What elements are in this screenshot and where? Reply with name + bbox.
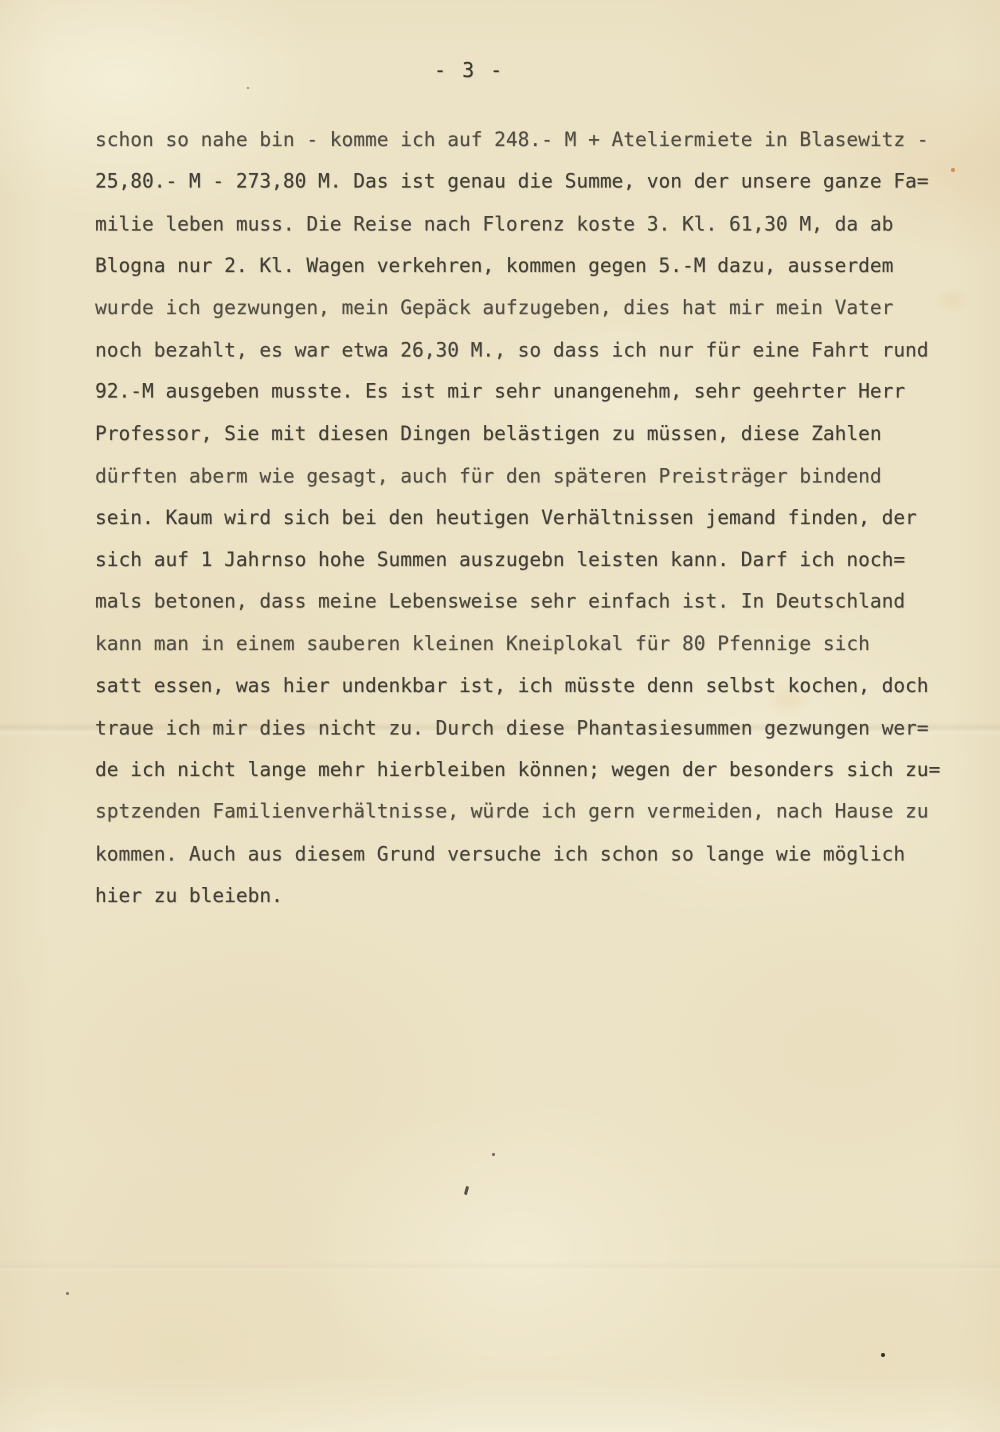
letter-line: Blogna nur 2. Kl. Wagen verkehren, komme… [95,245,955,287]
letter-line: sptzenden Familienverhältnisse, würde ic… [95,791,955,833]
letter-line: traue ich mir dies nicht zu. Durch diese… [95,708,955,750]
paper-speck [247,87,249,89]
letter-line: de ich nicht lange mehr hierbleiben könn… [95,749,955,791]
fold-crease [0,1262,1000,1272]
letter-line: milie leben muss. Die Reise nach Florenz… [95,204,955,246]
letter-line: schon so nahe bin - komme ich auf 248.- … [95,119,955,161]
letter-line: Professor, Sie mit diesen Dingen belästi… [95,413,955,455]
letter-line: hier zu bleiebn. [95,875,955,917]
letter-line: sich auf 1 Jahrnso hohe Summen auszugebn… [95,539,955,581]
ink-speck [464,1186,469,1195]
scanned-letter-page: { "document": { "page_number": "- 3 -", … [0,0,1000,1432]
page-number: - 3 - [434,58,504,82]
paper-speck [66,1292,69,1295]
letter-line: satt essen, was hier undenkbar ist, ich … [95,665,955,707]
letter-line: sein. Kaum wird sich bei den heutigen Ve… [95,497,955,539]
letter-line: mals betonen, dass meine Lebensweise seh… [95,581,955,623]
letter-line: dürften aberm wie gesagt, auch für den s… [95,456,955,498]
letter-body: schon so nahe bin - komme ich auf 248.- … [95,119,955,917]
letter-line: noch bezahlt, es war etwa 26,30 M., so d… [95,330,955,372]
paper-speck [881,1353,885,1357]
letter-line: 92.-M ausgeben musste. Es ist mir sehr u… [95,371,955,413]
letter-line: kann man in einem sauberen kleinen Kneip… [95,623,955,665]
letter-line: 25,80.- M - 273,80 M. Das ist genau die … [95,161,955,203]
letter-line: kommen. Auch aus diesem Grund versuche i… [95,834,955,876]
paper-speck [492,1153,495,1156]
letter-line: wurde ich gezwungen, mein Gepäck aufzuge… [95,287,955,329]
